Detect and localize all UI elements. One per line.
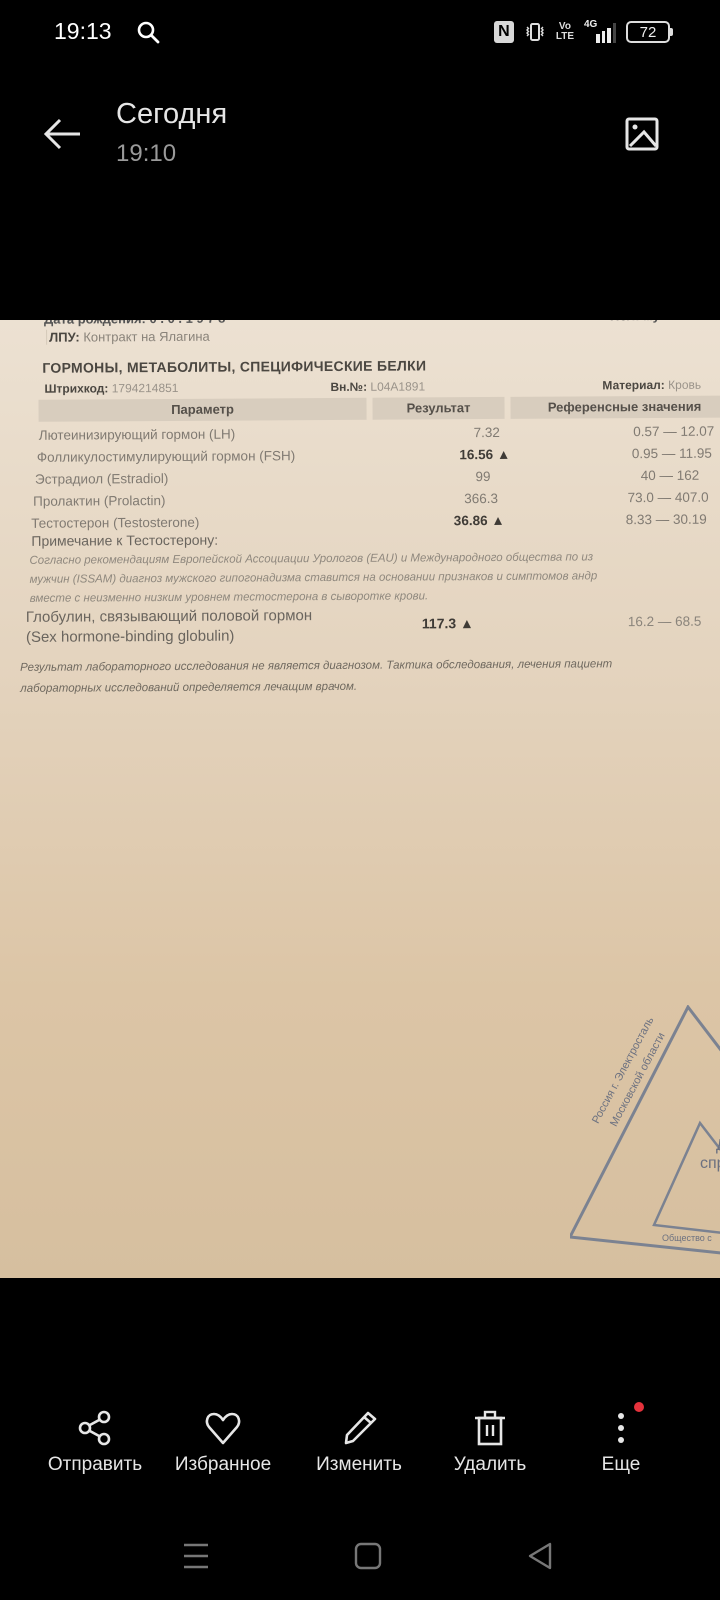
row-result: 16.56 ▲ [415, 447, 555, 463]
pencil-icon [339, 1408, 379, 1448]
row-reference: 0.57 — 12.07 [599, 423, 720, 439]
status-bar: 19:13 N VoLTE 4G 72 [0, 0, 720, 64]
header-result: Результат [372, 397, 504, 420]
edit-button[interactable]: Изменить [294, 1400, 424, 1490]
share-button[interactable]: Отправить [30, 1400, 160, 1490]
material: Материал: Кровь [602, 378, 701, 393]
row-reference: 8.33 — 30.19 [591, 511, 720, 527]
search-icon [136, 20, 160, 44]
signal-icon: 4G [584, 21, 616, 43]
row-result: 366.3 [411, 491, 551, 507]
trash-icon [470, 1408, 510, 1448]
row-result: 99 [413, 469, 553, 485]
battery-level: 72 [640, 24, 657, 41]
home-icon[interactable] [348, 1536, 388, 1576]
row-param: Эстрадиол (Estradiol) [35, 471, 169, 487]
row-result: 36.86 ▲ [409, 513, 549, 529]
header-reference: Референсные значения [510, 395, 720, 418]
internal-number: Вн.№: L04A1891 [330, 379, 425, 394]
favorite-button[interactable]: Избранное [158, 1400, 288, 1490]
shbg-result: 117.3 ▲ [422, 615, 474, 631]
more-vertical-icon [601, 1408, 641, 1448]
header-subtitle: 19:10 [116, 140, 176, 168]
delete-button[interactable]: Удалить [425, 1400, 555, 1490]
shbg-param: Глобулин, связывающий половой гормон (Se… [26, 606, 313, 648]
image-icon[interactable] [622, 114, 662, 154]
vibrate-icon [524, 21, 546, 43]
notification-badge [634, 1402, 644, 1412]
back-arrow-icon[interactable] [38, 110, 86, 158]
photo-viewer[interactable]: Дата рождения: 0 . 0 . 1 9 7 8 Пол: мужс… [0, 320, 720, 1278]
row-param: Фолликулостимулирующий гормон (FSH) [37, 448, 295, 465]
row-param: Лютеинизирующий гормон (LH) [39, 427, 236, 443]
birth-date-cut: Дата рождения: 0 . 0 . 1 9 7 8 [44, 320, 225, 327]
action-bar: Отправить Избранное Изменить Удалить Е [0, 1400, 720, 1490]
row-reference: 73.0 — 407.0 [593, 489, 720, 505]
recents-icon[interactable] [176, 1536, 216, 1576]
section-title: ГОРМОНЫ, МЕТАБОЛИТЫ, СПЕЦИФИЧЕСКИЕ БЕЛКИ [42, 357, 426, 375]
row-result: 7.32 [417, 425, 557, 441]
row-param: Пролактин (Prolactin) [33, 493, 165, 509]
barcode: Штрихкод: 1794214851 [44, 381, 178, 396]
lpu-line: ЛПУ: Контракт на Ялагина [46, 329, 210, 345]
more-button[interactable]: Еще [556, 1400, 686, 1490]
heart-icon [203, 1408, 243, 1448]
navigation-bar [0, 1530, 720, 1580]
shbg-reference: 16.2 — 68.5 [628, 614, 702, 629]
row-reference: 40 — 162 [595, 467, 720, 483]
note-text: Согласно рекомендациям Европейской Ассоц… [29, 547, 720, 608]
back-icon[interactable] [520, 1536, 560, 1576]
share-icon [75, 1408, 115, 1448]
volte-icon: VoLTE [556, 22, 574, 42]
header-title: Сегодня [116, 98, 227, 131]
table-header: Параметр Результат Референсные значения [38, 395, 720, 421]
note-title: Примечание к Тестостерону: [31, 532, 218, 549]
status-time: 19:13 [54, 18, 112, 45]
disclaimer: Результат лабораторного исследования не … [20, 654, 612, 700]
row-reference: 0.95 — 11.95 [597, 445, 720, 461]
stamp: Россия г. Электросталь Московской област… [570, 1005, 720, 1255]
header-param: Параметр [38, 398, 366, 422]
row-param: Тестостерон (Testosterone) [31, 515, 199, 531]
sex-cut: Пол: мужской [610, 320, 699, 323]
nfc-icon: N [494, 21, 514, 43]
battery-icon: 72 [626, 21, 670, 43]
